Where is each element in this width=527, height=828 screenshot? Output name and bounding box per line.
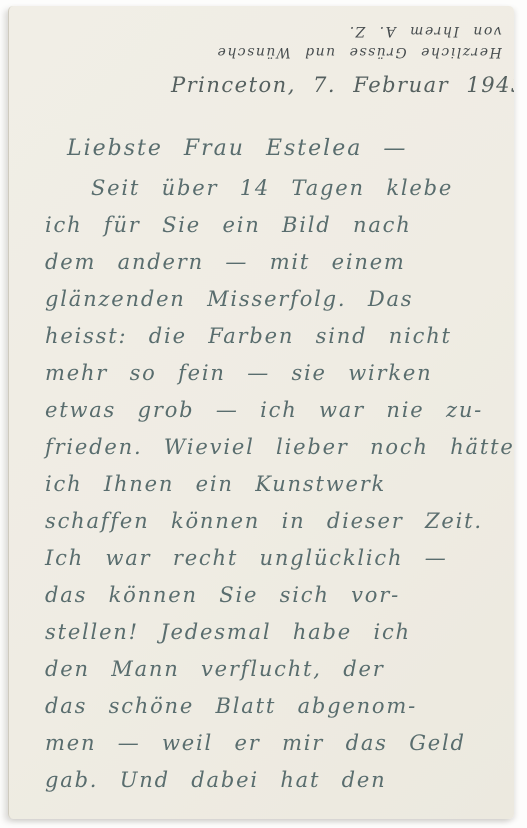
salutation-line: Liebste Frau Estelea — (67, 130, 504, 168)
handwritten-line: ich Ihnen ein Kunstwerk (45, 466, 504, 503)
handwritten-line: etwas grob — ich war nie zu- (45, 392, 504, 429)
handwritten-line: men — weil er mir das Geld (45, 725, 504, 762)
letter-sheet: Herzliche Grüsse und Wünsche von Ihrem A… (8, 6, 514, 819)
handwritten-line: ich für Sie ein Bild nach (45, 207, 504, 244)
handwritten-line: stellen! Jedesmal habe ich (45, 614, 504, 651)
handwritten-line: das schöne Blatt abgenom- (45, 688, 504, 725)
handwritten-line: dem andern — mit einem (45, 244, 504, 281)
handwritten-line: das können Sie sich vor- (45, 577, 504, 614)
letter-body: Seit über 14 Tagen klebe ich für Sie ein… (33, 170, 504, 799)
handwritten-line: heisst: die Farben sind nicht (45, 318, 504, 355)
postscript-line: Herzliche Grüsse und Wünsche (216, 41, 502, 62)
handwritten-line: schaffen können in dieser Zeit. (45, 503, 504, 540)
handwritten-line: gab. Und dabei hat den (45, 762, 504, 799)
handwritten-line: den Mann verflucht, der (45, 651, 504, 688)
handwritten-line: frieden. Wieviel lieber noch hätte (45, 429, 504, 466)
handwritten-line: glänzenden Misserfolg. Das (45, 281, 504, 318)
handwritten-line: mehr so fein — sie wirken (45, 355, 504, 392)
letter-photograph: Herzliche Grüsse und Wünsche von Ihrem A… (0, 0, 527, 828)
date-line: Princeton, 7. Februar 1943. (171, 68, 504, 102)
inverted-postscript: Herzliche Grüsse und Wünsche von Ihrem A… (216, 20, 502, 62)
handwritten-line: Ich war recht unglücklich — (45, 540, 504, 577)
postscript-signature: von Ihrem A. Z. (216, 20, 502, 41)
handwritten-line: Seit über 14 Tagen klebe (91, 170, 504, 207)
